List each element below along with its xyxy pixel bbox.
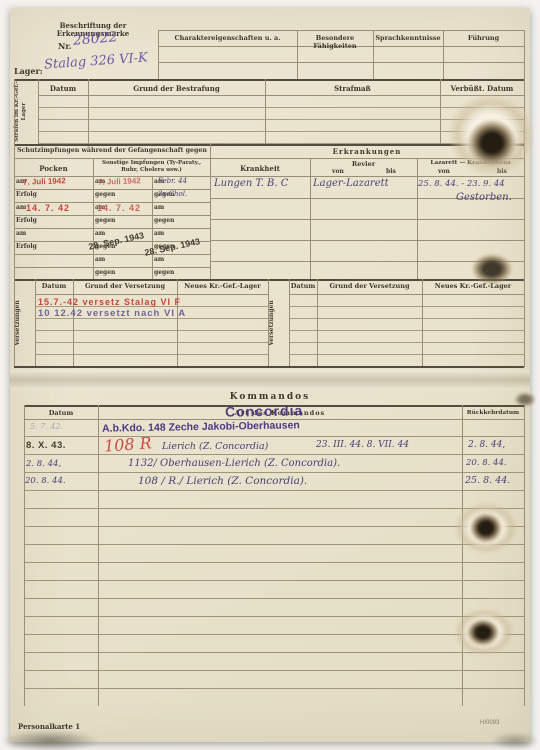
rule-line <box>14 228 210 229</box>
paper-hole <box>468 120 516 166</box>
erfolg-label: Erfolg <box>16 243 37 250</box>
rule-line <box>177 279 178 367</box>
rule-line <box>440 79 441 144</box>
rule-line <box>14 279 15 367</box>
vaccination-date-handwritten: Febr. 44 <box>158 177 187 185</box>
am-label: am <box>154 256 164 263</box>
kommandos-col-datum: Datum <box>24 409 98 417</box>
rule-line <box>524 405 525 706</box>
gegen-label: gegen <box>154 269 174 276</box>
kommando-row2-red-number: 108 R <box>103 433 152 455</box>
vaccination-date-stamp: 7. Juli 1942 <box>23 176 66 186</box>
kommando-row2-dates: 23. III. 44. 8. VII. 44 <box>316 440 409 450</box>
rule-line <box>210 176 524 177</box>
rule-line <box>210 240 524 241</box>
print-code: H/0093 <box>480 720 499 726</box>
rule-line <box>158 30 524 31</box>
transfer-stamp-2: 10 12.42 versetzt nach VI A <box>38 308 186 319</box>
scan-shadow <box>490 732 540 750</box>
versetzungen-col-neues: Neues Kr.-Gef.-Lager <box>422 282 524 290</box>
rule-line <box>14 215 210 216</box>
erfolg-label: Erfolg <box>16 217 37 224</box>
rule-line <box>14 158 210 159</box>
rule-line <box>88 79 89 144</box>
versetzungen-col-neues: Neues Kr.-Gef.-Lager <box>177 282 268 290</box>
impfungen-title: Schutzimpfungen während der Gefangenscha… <box>14 147 210 154</box>
kommando-row2-return-date: 2. 8. 44, <box>468 440 505 450</box>
versetzungen-col-grund: Grund der Versetzung <box>73 282 177 290</box>
erkrankungen-col-revier: Revier <box>310 160 417 168</box>
rule-line <box>422 279 423 367</box>
versetzungen-col-datum: Datum <box>35 282 73 290</box>
kommando-row3-place: 1132/ Oberhausen-Lierich (Z. Concordia). <box>128 458 340 469</box>
kommando-row3-date: 2. 8. 44, <box>26 459 61 469</box>
rule-line <box>73 279 74 367</box>
rule-line <box>317 279 318 367</box>
am-label: am <box>16 230 26 237</box>
kommando-row2-place: Lierich (Z. Concordia) <box>162 441 268 452</box>
strafen-side-label: Strafen im Kr.-Gef.-Lager <box>14 79 38 144</box>
impfungen-col-pocken: Pocken <box>14 164 93 173</box>
versetzungen-side-label: Versetzungen <box>268 279 289 367</box>
rule-line <box>14 79 524 81</box>
versetzungen-empty-rows <box>289 295 524 366</box>
kommando-row4-place: 108 / R./ Lierich (Z. Concordia). <box>138 475 307 487</box>
von-label: von <box>438 168 450 175</box>
paper-mark <box>514 392 536 407</box>
rule-line <box>35 279 36 367</box>
kommandos-col-rueckkehr: Rückkehrdatum <box>462 410 524 416</box>
kommando-row4-return-date: 25. 8. 44. <box>465 475 510 486</box>
versetzungen-col-datum: Datum <box>289 282 317 290</box>
rule-line <box>14 267 210 268</box>
personalkarte-card: Beschriftung der Erkennungsmarke Nr. 280… <box>10 8 530 742</box>
kommando-row2-date-stamp: 8. X. 43. <box>26 440 66 451</box>
rule-line <box>462 405 463 706</box>
rule-line <box>210 219 524 220</box>
kommandos-title: Kommandos <box>190 392 350 402</box>
paper-hole <box>470 513 502 543</box>
scan-shadow <box>0 730 100 750</box>
illness-name-handwritten: Lungen T. B. C <box>214 178 288 189</box>
strafen-col-verbuesst: Verbüßt. Datum <box>440 84 524 93</box>
erkrankungen-col-krankheit: Krankheit <box>210 164 310 173</box>
gegen-label: gegen <box>95 191 115 198</box>
vaccination-against-handwritten: 2x-Chol. <box>158 190 187 198</box>
rule-line <box>268 279 269 367</box>
strafen-col-datum: Datum <box>38 84 88 93</box>
column-header-conduct: Führung <box>443 34 524 42</box>
concordia-stamp: Concordia <box>225 402 304 419</box>
rule-line <box>98 405 99 706</box>
column-header-languages: Sprachkenntnisse <box>373 34 443 42</box>
am-label: am <box>95 256 105 263</box>
rule-line <box>158 62 524 63</box>
lager-value: Stalag 326 VI-K <box>44 50 149 72</box>
column-header-character: Charaktereigenschaften u. a. <box>158 34 297 42</box>
rule-line <box>524 144 525 367</box>
am-label: am <box>95 230 105 237</box>
paper-hole <box>472 254 512 284</box>
illness-revier-handwritten: Lager-Lazarett <box>313 178 389 189</box>
strafen-col-strafmass: Strafmaß <box>265 84 440 93</box>
rule-line <box>14 79 15 144</box>
rule-line <box>14 366 524 368</box>
gegen-label: gegen <box>95 217 115 224</box>
vaccination-date-stamp: 14. 7. 42 <box>26 203 70 213</box>
kommando-row3-return-date: 20. 8. 44. <box>466 458 507 468</box>
nr-label: Nr. <box>58 41 72 51</box>
strafen-col-grund: Grund der Bestrafung <box>88 84 265 93</box>
rule-line <box>265 79 266 144</box>
illness-lazarett-dates-handwritten: 25. 8. 44. - 23. 9. 44 <box>418 179 505 189</box>
kommando-row1-date: 5. 7. 42. <box>30 422 63 431</box>
von-label: von <box>332 168 344 175</box>
kommando-row4-date: 20. 8. 44. <box>25 476 66 486</box>
illness-died-note-handwritten: Gestorben. <box>456 192 512 203</box>
rule-line <box>14 144 15 280</box>
rule-line <box>14 254 210 255</box>
fold-crease <box>10 370 530 390</box>
rule-line <box>289 279 290 367</box>
am-label: am <box>154 204 164 211</box>
gegen-label: gegen <box>95 269 115 276</box>
paper-hole <box>467 619 499 646</box>
lager-label: Lager: <box>14 66 43 76</box>
tag-number-value: 28022 <box>72 29 118 49</box>
rule-line <box>24 405 25 706</box>
gegen-label: gegen <box>154 217 174 224</box>
am-label: am <box>16 204 26 211</box>
transfer-stamp-1: 15.7.-42 versetz Stalag VI F <box>38 297 181 307</box>
erfolg-label: Erfolg <box>16 191 37 198</box>
bis-label: bis <box>386 168 396 175</box>
versetzungen-col-grund: Grund der Versetzung <box>317 282 422 290</box>
am-label: am <box>154 230 164 237</box>
rule-line <box>38 79 39 144</box>
impfungen-col-sonstige: Sonstige Impfungen (Ty-Paraty., Ruhr, Ch… <box>95 160 208 174</box>
rule-line <box>93 158 94 280</box>
vaccination-date-stamp: 14. 7. 42 <box>97 203 141 213</box>
versetzungen-side-label: Versetzungen <box>14 279 35 367</box>
column-header-abilities: Besondere Fähigkeiten <box>297 34 373 50</box>
vaccination-date-stamp: 7. Juli 1942 <box>98 176 141 186</box>
rule-line <box>14 144 524 146</box>
